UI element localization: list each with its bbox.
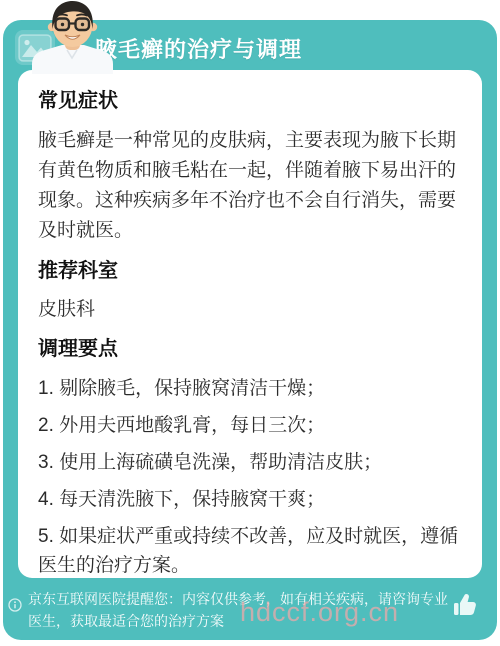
page-title: 腋毛癣的治疗与调理 — [95, 33, 302, 64]
doctor-avatar — [26, 0, 118, 74]
disclaimer-text: 京东互联网医院提醒您：内容仅供参考，如有相关疾病，请咨询专业医生，获取最适合您的… — [28, 588, 452, 632]
list-item: 5. 如果症状严重或持续不改善，应及时就医，遵循医生的治疗方案。 — [38, 522, 462, 578]
info-icon — [8, 598, 22, 612]
section-heading-symptoms: 常见症状 — [38, 84, 462, 113]
thumbs-up-icon[interactable] — [452, 592, 479, 619]
list-item: 3. 使用上海硫磺皂洗澡，帮助清洁皮肤； — [38, 448, 462, 477]
content-card: 常见症状 腋毛癣是一种常见的皮肤病，主要表现为腋下长期有黄色物质和腋毛粘在一起，… — [18, 70, 482, 578]
list-item: 2. 外用夫西地酸乳膏，每日三次； — [38, 411, 462, 440]
care-points-list: 1. 剔除腋毛，保持腋窝清洁干燥； 2. 外用夫西地酸乳膏，每日三次； 3. 使… — [38, 374, 462, 578]
card-frame: 腋毛癣的治疗与调理 常见症状 腋毛癣是一种常见的皮肤病，主要表现为腋下长期有黄色… — [3, 20, 497, 640]
list-item: 1. 剔除腋毛，保持腋窝清洁干燥； — [38, 374, 462, 403]
section-heading-care: 调理要点 — [38, 332, 462, 361]
list-item: 4. 每天清洗腋下，保持腋窝干爽； — [38, 485, 462, 514]
section-heading-department: 推荐科室 — [38, 254, 462, 283]
department-value: 皮肤科 — [38, 296, 462, 324]
symptoms-paragraph: 腋毛癣是一种常见的皮肤病，主要表现为腋下长期有黄色物质和腋毛粘在一起，伴随着腋下… — [38, 126, 462, 246]
